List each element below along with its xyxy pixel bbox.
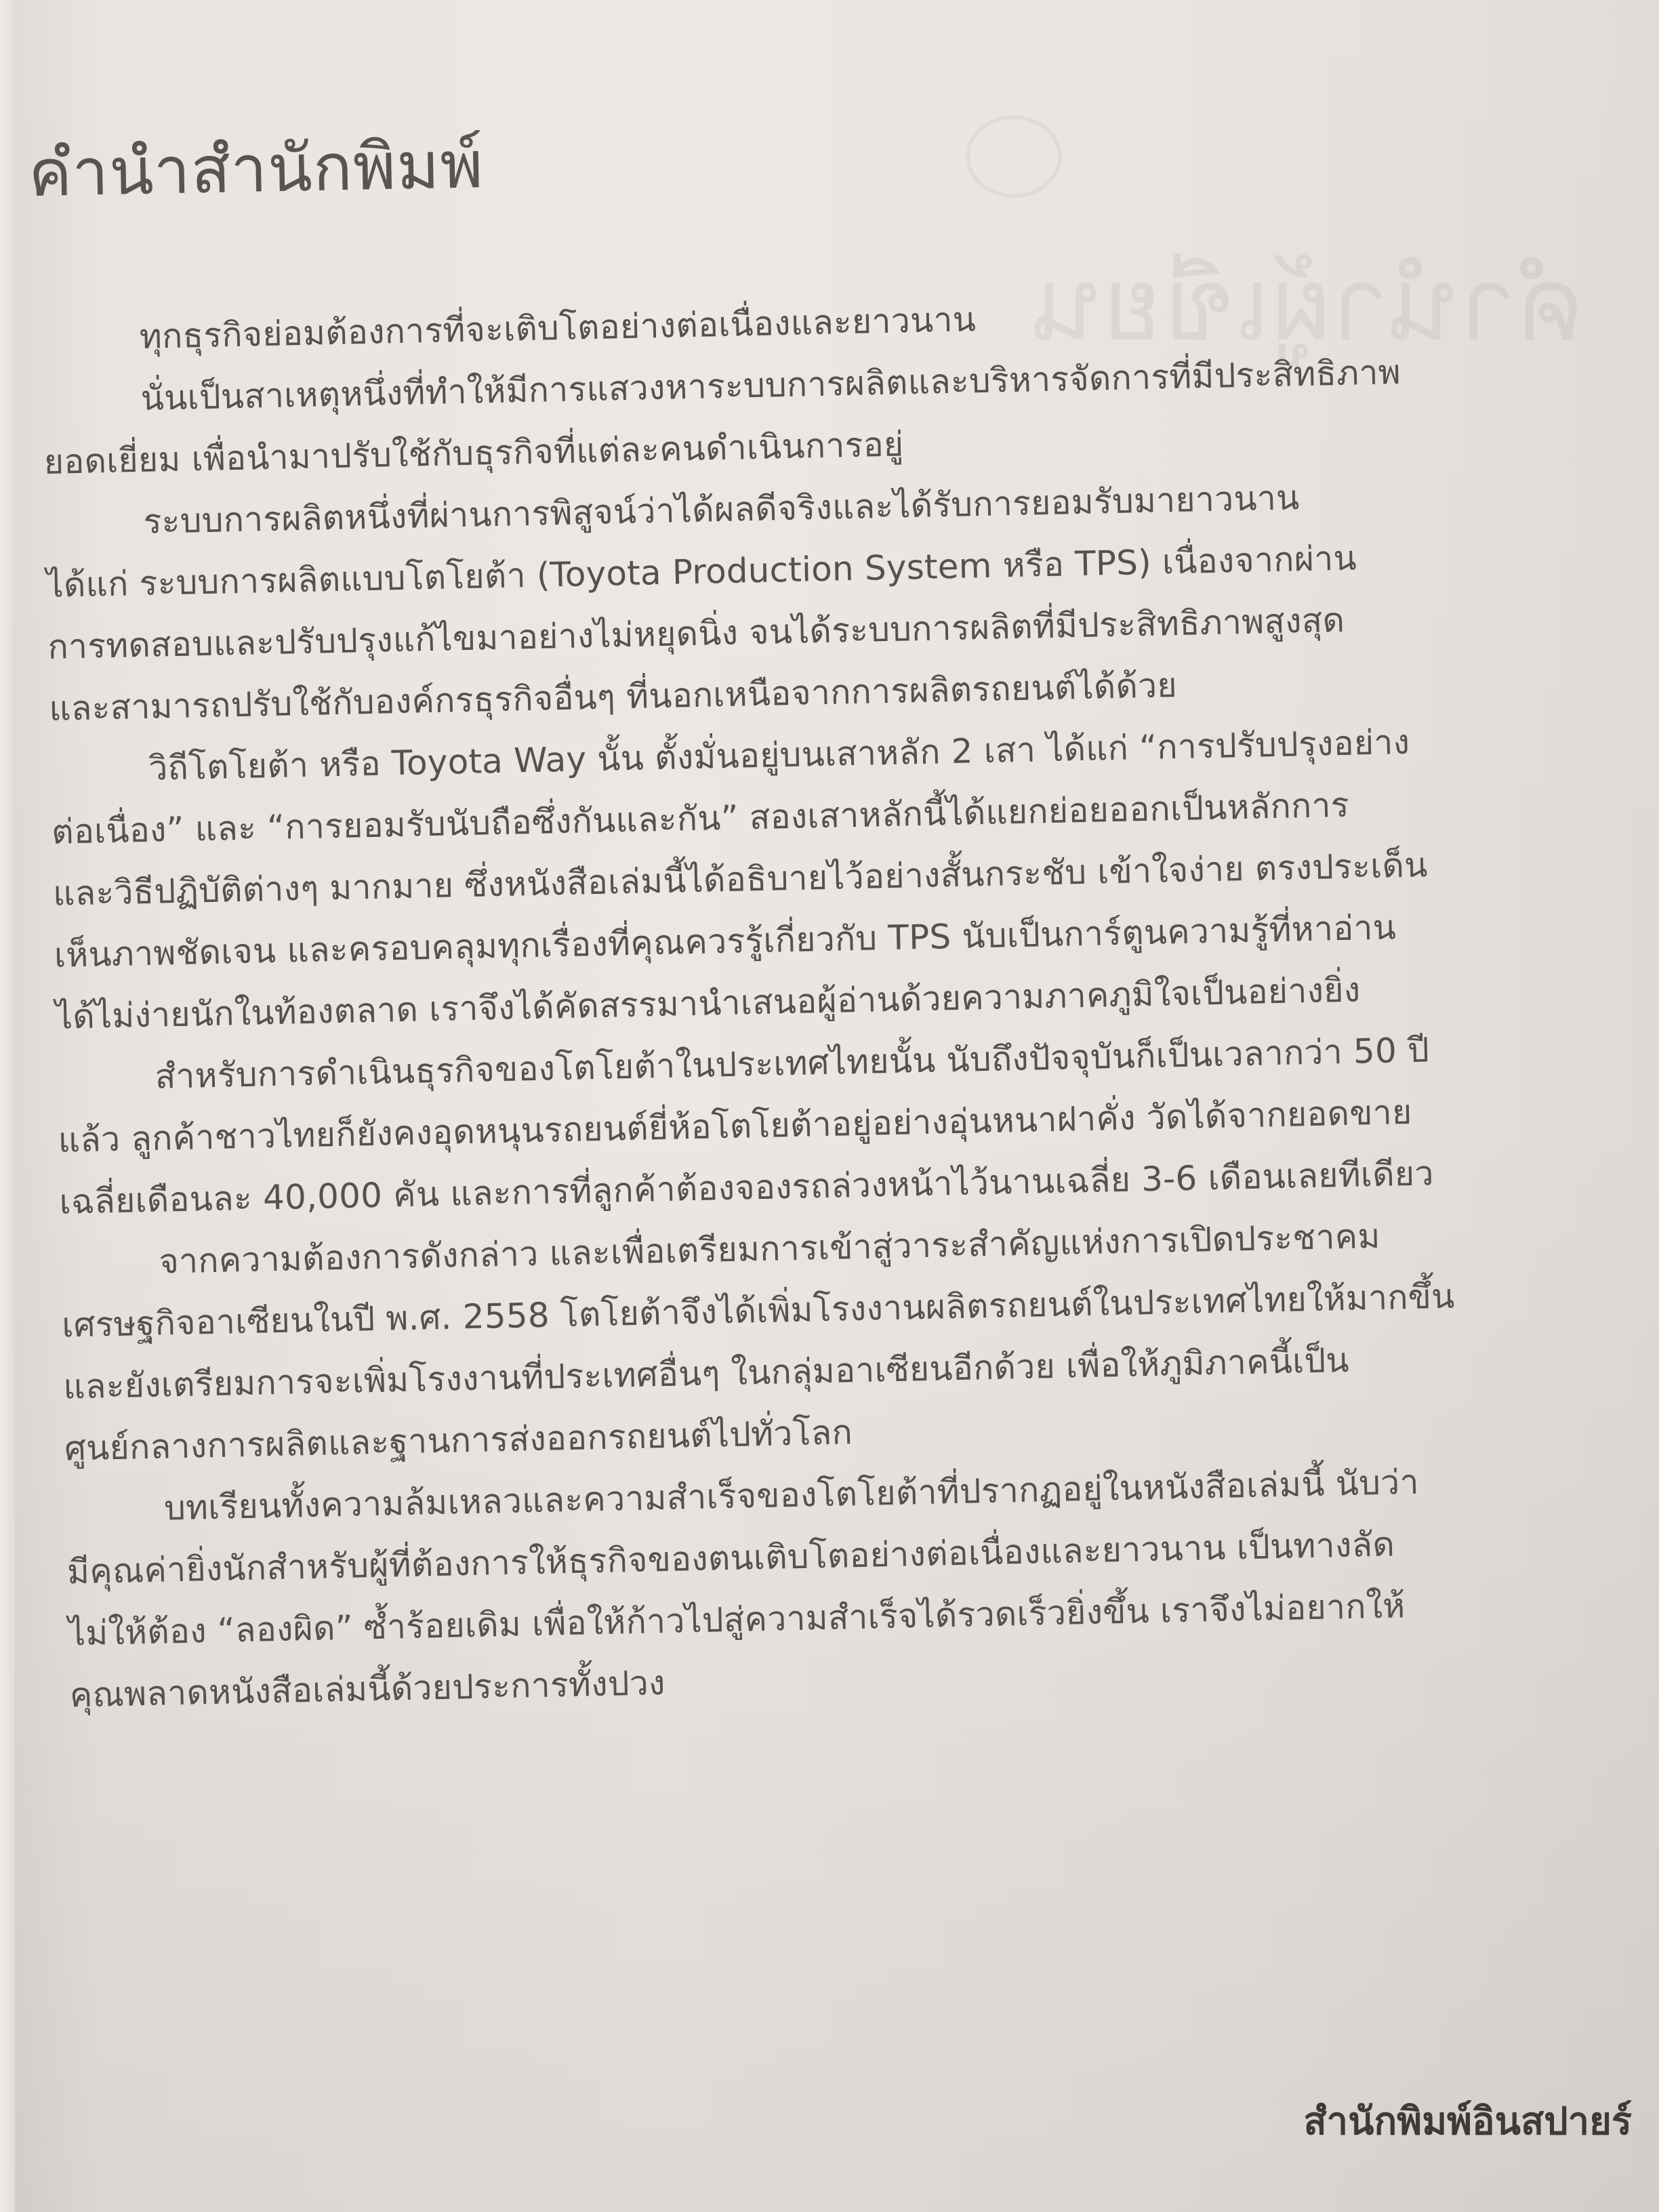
- line-text: และสามารถปรับใช้กับองค์กรธุรกิจอื่นๆ ที่…: [49, 665, 1178, 729]
- page-title: คำนำสำนักพิมพ์: [28, 113, 485, 225]
- preface-body: ทุกธุรกิจย่อมต้องการที่จะเติบโตอย่างต่อเ…: [41, 276, 1629, 1727]
- line-text: ศูนย์กลางการผลิตและฐานการส่งออกรถยนต์ไปท…: [64, 1412, 853, 1468]
- line-text: ทุกธุรกิจย่อมต้องการที่จะเติบโตอย่างต่อเ…: [139, 300, 976, 356]
- publisher-signature: สำนักพิมพ์อินสปายร์: [1303, 2091, 1632, 2151]
- line-text: คุณพลาดหนังสือเล่มนี้ด้วยประการทั้งปวง: [69, 1663, 665, 1715]
- page-edge: [0, 0, 15, 2212]
- book-page: คำนำผู้เขียน คำนำสำนักพิมพ์ ทุกธุรกิจย่อ…: [0, 0, 1659, 2212]
- line-text: ยอดเยี่ยม เพื่อนำมาปรับใช้กับธุรกิจที่แต…: [43, 424, 904, 482]
- bleed-through-oval: [966, 115, 1062, 198]
